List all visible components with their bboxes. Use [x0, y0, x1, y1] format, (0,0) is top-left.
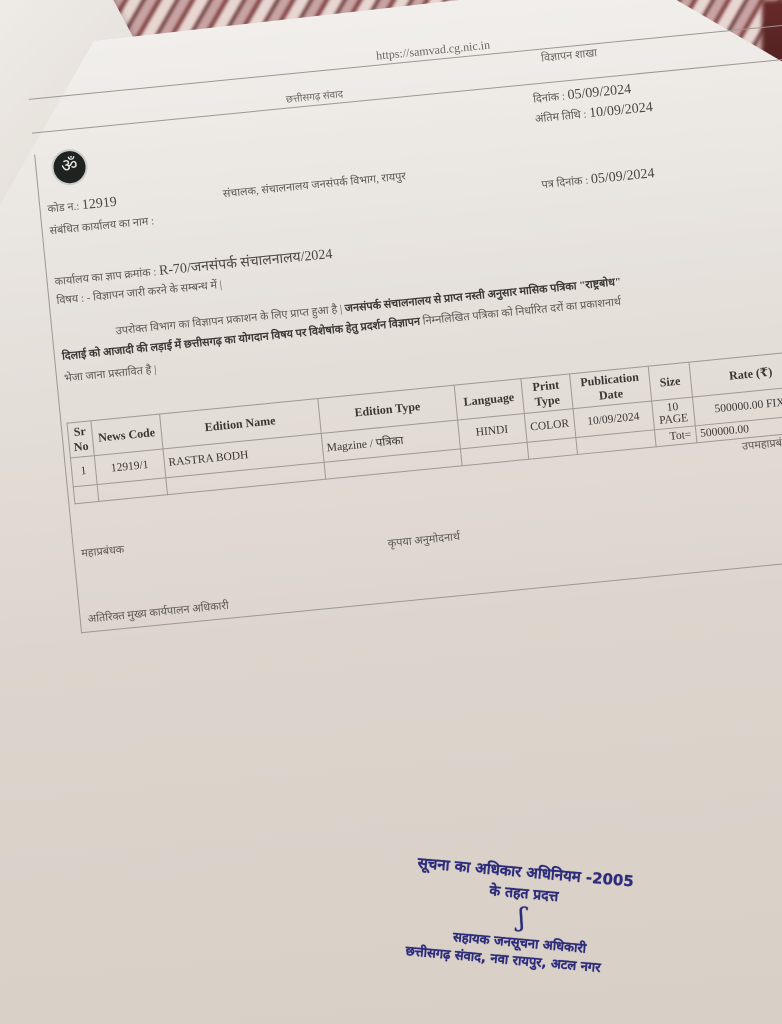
- col-size: Size: [648, 362, 692, 401]
- subject-label: विषय : -: [56, 292, 91, 307]
- cell-size: 10 PAGE: [651, 397, 695, 430]
- date-label: दिनांक :: [533, 91, 566, 106]
- total-label: Tot=: [654, 426, 696, 447]
- col-print-type: Print Type: [521, 374, 573, 414]
- last-date-label: अंतिम तिथि :: [535, 109, 588, 126]
- cell-sr-no: 1: [70, 456, 96, 487]
- document-frame: [34, 80, 782, 633]
- letter-date-label: पत्र दिनांक :: [541, 175, 589, 192]
- code-label: कोड न.:: [47, 200, 80, 215]
- cell-empty: [73, 485, 98, 504]
- code-value: 12919: [81, 195, 117, 213]
- advertisement-release-document: https://samvad.cg.nic.in विज्ञापन शाखा छ…: [22, 13, 782, 724]
- col-sr-no: Sr No: [67, 421, 94, 458]
